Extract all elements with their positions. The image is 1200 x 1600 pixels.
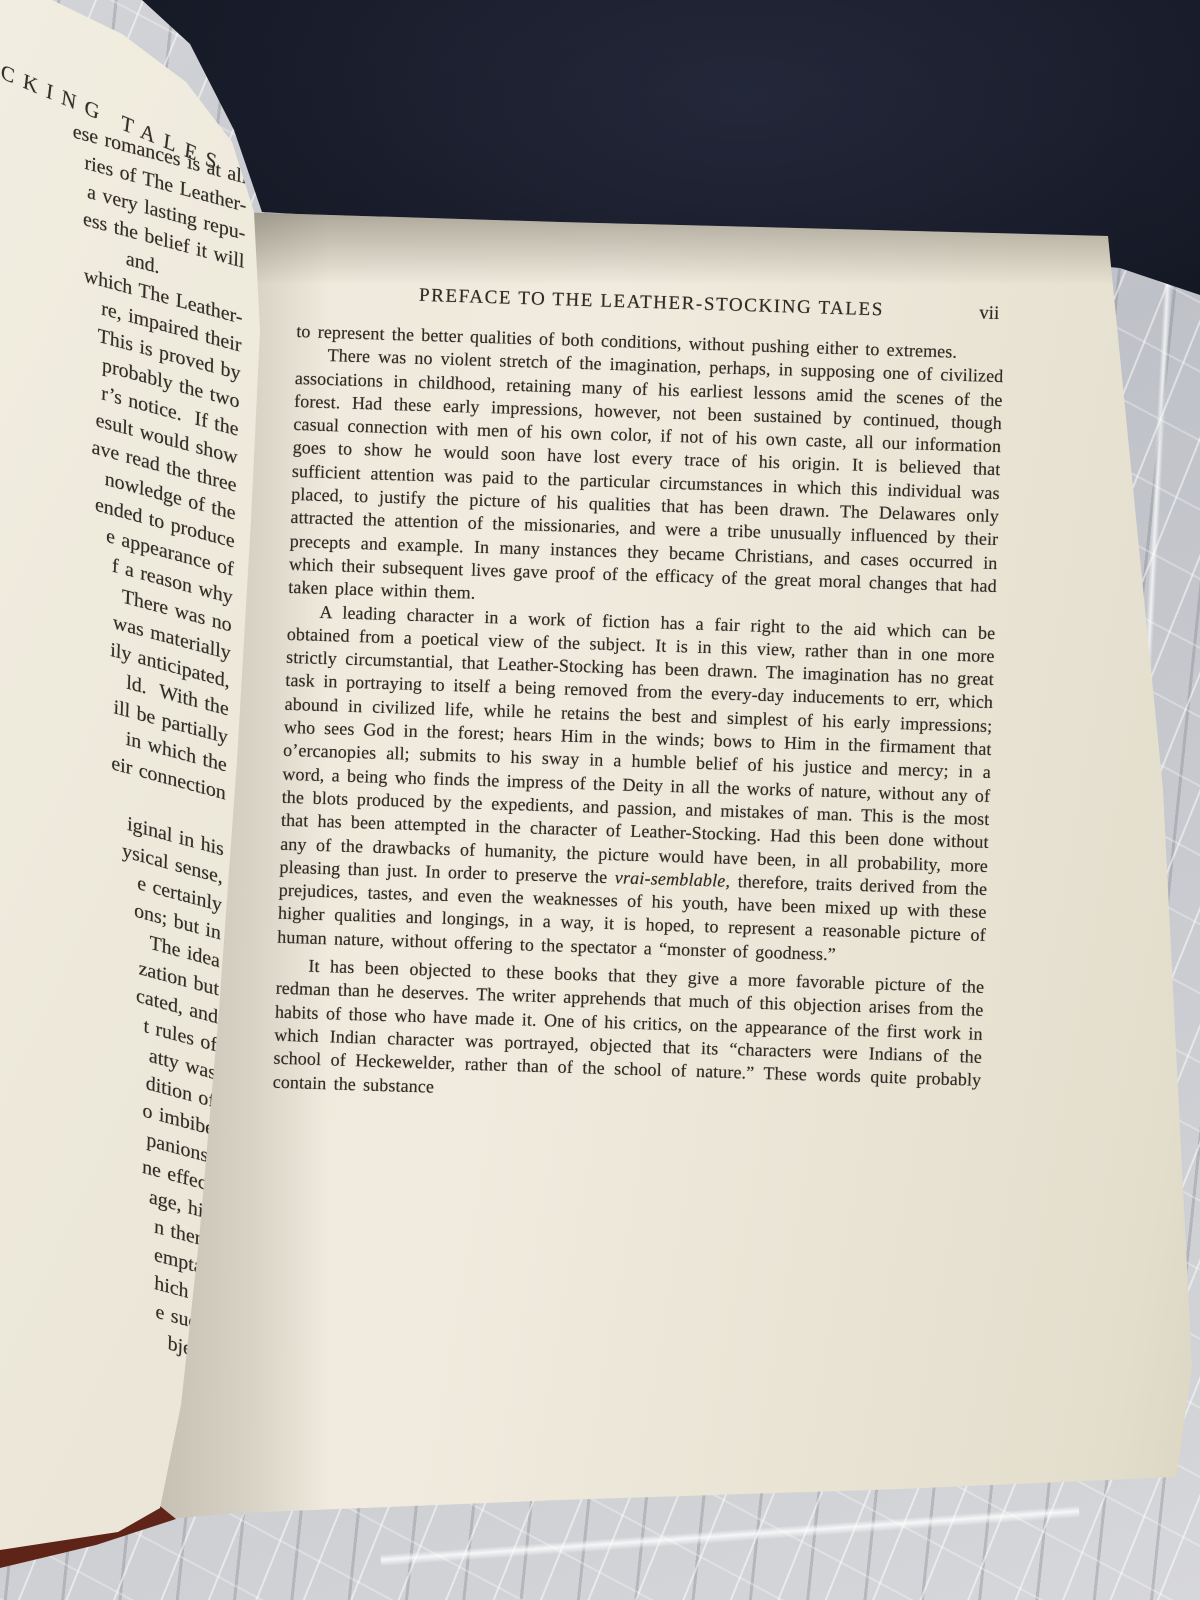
plastic-crease-highlight [380,1506,1079,1567]
book-photo: OCKING TALES ese romances is at allries … [0,0,1200,1600]
